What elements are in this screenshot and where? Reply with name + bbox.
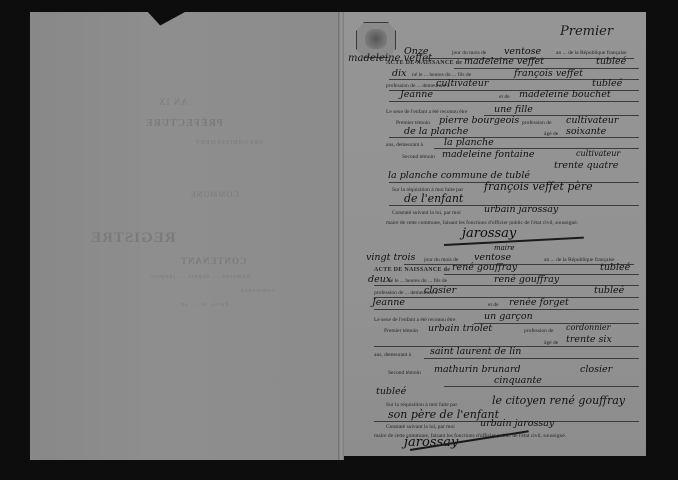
witness1-profession: cultivateur (566, 115, 618, 126)
father-profession: closier (424, 285, 456, 296)
witness2-profession: closier (580, 364, 612, 375)
witness1-profession: cordonnier (566, 323, 610, 332)
birth-place: tubleé (600, 262, 630, 273)
officer-name: urbain jarossay (484, 204, 558, 215)
mother-name: madeleine bouchet (519, 89, 611, 100)
printed-certified: Constaté suivant la loi, par moi (392, 210, 461, 216)
residence: tubleé (594, 285, 624, 296)
bleed-through-text: ARRONDISSEMENT (195, 140, 264, 146)
child-name: rené gouffray (452, 262, 517, 273)
rule (389, 137, 639, 138)
rule (374, 297, 639, 298)
mother-first-name: Jeanne (400, 89, 433, 100)
rule (474, 323, 639, 324)
mayor-signature: jarossay (462, 226, 516, 241)
signature-role: maire (494, 244, 515, 252)
printed-first-witness: Premier témoin (384, 328, 418, 334)
mother-first-name: Jeanne (372, 297, 405, 308)
printed-profession: profession de (522, 120, 551, 126)
witness1-name: pierre bourgeois (439, 115, 519, 126)
bleed-through-text: CONTENANT (180, 256, 247, 266)
printed-born-line: né le ... heures du ... fils de (388, 278, 447, 284)
printed-second-witness: Second témoin (402, 154, 435, 160)
bleed-through-text: commencé (240, 288, 274, 294)
bleed-through-text: COMMUNE (190, 190, 239, 199)
act-heading: ACTE DE NAISSANCE de (374, 267, 450, 273)
printed-mayor: maire de cette commune, faisant les fonc… (374, 433, 566, 439)
birth-place: tubleé (596, 56, 626, 67)
printed-certified: Constaté suivant la loi, par moi (386, 424, 455, 430)
witness2-profession: cultivateur (576, 149, 620, 158)
act-day: vingt trois (366, 252, 415, 263)
witness1-residence: la planche (444, 137, 494, 148)
father-name: rené gouffray (494, 274, 559, 285)
act-heading: ACTE DE NAISSANCE de (386, 60, 462, 66)
officer-name: urbain jarossay (480, 418, 554, 429)
stamp-emblem-icon (365, 29, 387, 49)
mother-name: renée forget (509, 297, 569, 308)
witness1-name: urbain triolet (428, 323, 492, 334)
rule (374, 309, 639, 310)
requested-by: françois veffet père (484, 180, 593, 193)
bleed-through-text: AN IX (158, 97, 188, 107)
page-number-label: Premier (560, 24, 613, 39)
printed-residing: ans, demeurant à (374, 352, 411, 358)
left-page: AN IX PRÉFECTURE ARRONDISSEMENT COMMUNE … (30, 12, 340, 460)
requested-by: le citoyen rené gouffray (492, 394, 625, 407)
witness2-residence: tubleé (376, 386, 406, 397)
bleed-through-text: Numéros ... depuis ... jusques (150, 274, 251, 280)
bleed-through-text: REGISTRE (90, 230, 176, 247)
bleed-through-text: PRÉFECTURE (145, 118, 223, 129)
witness2-name: mathurin brunard (434, 364, 521, 375)
child-sex: un garçon (484, 311, 533, 322)
printed-residing: ans, demeurant à (386, 142, 423, 148)
printed-second-witness: Second témoin (388, 370, 421, 376)
father-profession: cultivateur (436, 78, 488, 89)
residence: tubleé (592, 78, 622, 89)
rule (389, 101, 639, 102)
rule (424, 358, 639, 359)
father-name: françois veffet (514, 68, 583, 79)
child-name: madeleine veffet (464, 56, 544, 67)
witness2-age: trente quatre (554, 160, 618, 171)
act-day: Onze (404, 46, 429, 57)
witness1-age: soixante (566, 126, 606, 137)
witness1-residence: saint laurent de lin (430, 346, 521, 357)
requested-extra: de l'enfant (404, 192, 463, 205)
printed-profession: profession de (524, 328, 553, 334)
rule (444, 386, 639, 387)
bleed-through-text: Paris, le ... an ... (170, 302, 229, 308)
printed-mother-line: et de (499, 94, 510, 100)
witness1-from: de la planche (404, 126, 468, 137)
right-page: Premier madeleine veffet Onze jour du mo… (344, 12, 646, 456)
witness2-age: cinquante (494, 375, 542, 386)
child-sex: une fille (494, 104, 533, 115)
witness2-name: madeleine fontaine (442, 149, 534, 160)
witness1-age: trente six (566, 334, 612, 345)
birth-hour: dix (392, 68, 406, 79)
printed-mother-line: et de (488, 302, 499, 308)
